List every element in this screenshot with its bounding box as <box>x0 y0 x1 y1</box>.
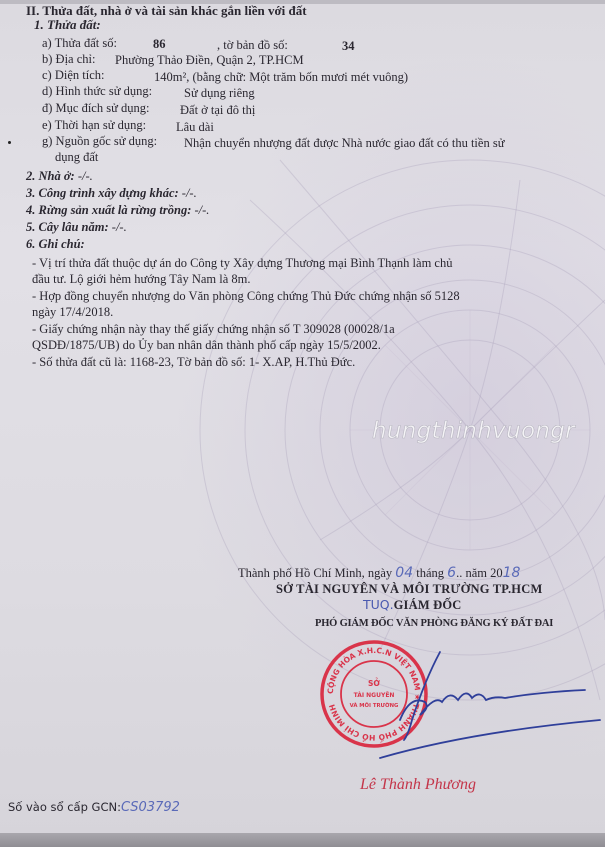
bullet-mark <box>8 141 11 144</box>
note-line: ngày 17/4/2018. <box>32 305 113 319</box>
issue-month: 6 <box>447 565 456 581</box>
map-sheet-label: , tờ bản đồ số: <box>217 38 288 52</box>
note-line: QSDĐ/1875/UB) do Ủy ban nhân dân thành p… <box>32 338 381 352</box>
issue-date: Thành phố Hồ Chí Minh, ngày 04 tháng 6..… <box>238 566 520 580</box>
area-value: 140m², (bằng chữ: Một trăm bốn mươi mét … <box>154 70 408 84</box>
item-house-value: -/-. <box>78 169 93 183</box>
land-heading: 1. Thửa đất: <box>34 18 101 32</box>
issue-day: 04 <box>395 565 413 581</box>
parcel-label: a) Thửa đất số: <box>42 36 117 50</box>
registry-value: CS03792 <box>121 800 180 815</box>
item-perennial-trees: 5. Cây lâu năm: -/-. <box>26 220 127 234</box>
note-line: - Giấy chứng nhận này thay thế giấy chứn… <box>32 322 395 336</box>
item-planted-forest-label: 4. Rừng sản xuất là rừng trồng: <box>26 203 191 217</box>
item-house-label: 2. Nhà ở: <box>26 169 75 183</box>
origin-value-line1: Nhận chuyển nhượng đất được Nhà nước gia… <box>184 136 504 150</box>
issue-year-label: năm 20 <box>465 566 502 580</box>
area-label: c) Diện tích: <box>42 68 104 82</box>
item-planted-forest: 4. Rừng sản xuất là rừng trồng: -/-. <box>26 203 209 217</box>
purpose-label: đ) Mục đích sử dụng: <box>42 101 149 115</box>
term-value: Lâu dài <box>176 120 214 134</box>
sub-role: PHÓ GIÁM ĐỐC VĂN PHÒNG ĐĂNG KÝ ĐẤT ĐAI <box>315 617 553 631</box>
item-other-construction-value: -/-. <box>182 186 197 200</box>
item-other-construction-label: 3. Công trình xây dựng khác: <box>26 186 179 200</box>
page-bottom-edge <box>0 833 605 847</box>
map-sheet-number: 34 <box>342 39 355 53</box>
term-label: e) Thời hạn sử dụng: <box>42 118 146 132</box>
agency-name: SỞ TÀI NGUYÊN VÀ MÔI TRƯỜNG TP.HCM <box>276 582 542 596</box>
note-line: - Số thửa đất cũ là: 1168-23, Tờ bản đồ … <box>32 355 355 369</box>
note-line: - Hợp đồng chuyển nhượng do Văn phòng Cô… <box>32 289 460 303</box>
issue-month-label: tháng <box>416 566 444 580</box>
parcel-number: 86 <box>153 37 166 51</box>
role-prefix: TUQ. <box>363 597 394 612</box>
issue-year-suffix: 18 <box>503 565 521 581</box>
item-perennial-trees-value: -/-. <box>112 220 127 234</box>
signer-name-stamp: Lê Thành Phương <box>360 776 476 794</box>
signer-role: TUQ.GIÁM ĐỐC <box>363 598 462 612</box>
purpose-value: Đất ở tại đô thị <box>180 103 255 117</box>
notes-heading: 6. Ghi chú: <box>26 237 85 251</box>
registry-label: Số vào sổ cấp GCN: <box>8 800 121 814</box>
use-form-value: Sử dụng riêng <box>184 86 255 100</box>
handwritten-signature <box>300 640 605 760</box>
item-perennial-trees-label: 5. Cây lâu năm: <box>26 220 109 234</box>
section-title: II. Thửa đất, nhà ở và tài sản khác gắn … <box>26 4 307 18</box>
address-value: Phường Thảo Điền, Quận 2, TP.HCM <box>115 53 304 67</box>
item-other-construction: 3. Công trình xây dựng khác: -/-. <box>26 186 197 200</box>
origin-value-line2: dụng đất <box>55 150 98 164</box>
watermark-text: hungthinhvuongr <box>372 418 575 444</box>
role-title: GIÁM ĐỐC <box>394 598 462 612</box>
item-planted-forest-value: -/-. <box>195 203 210 217</box>
item-house: 2. Nhà ở: -/-. <box>26 169 93 183</box>
issue-date-prefix: Thành phố Hồ Chí Minh, ngày <box>238 566 392 580</box>
address-label: b) Địa chỉ: <box>42 52 95 66</box>
note-line: - Vị trí thửa đất thuộc dự án do Công ty… <box>32 256 452 270</box>
note-line: đầu tư. Lộ giới hẻm hướng Tây Nam là 8m. <box>32 272 251 286</box>
origin-label: g) Nguồn gốc sử dụng: <box>42 134 157 148</box>
registry-number: Số vào sổ cấp GCN:CS03792 <box>8 800 180 815</box>
use-form-label: d) Hình thức sử dụng: <box>42 84 152 98</box>
